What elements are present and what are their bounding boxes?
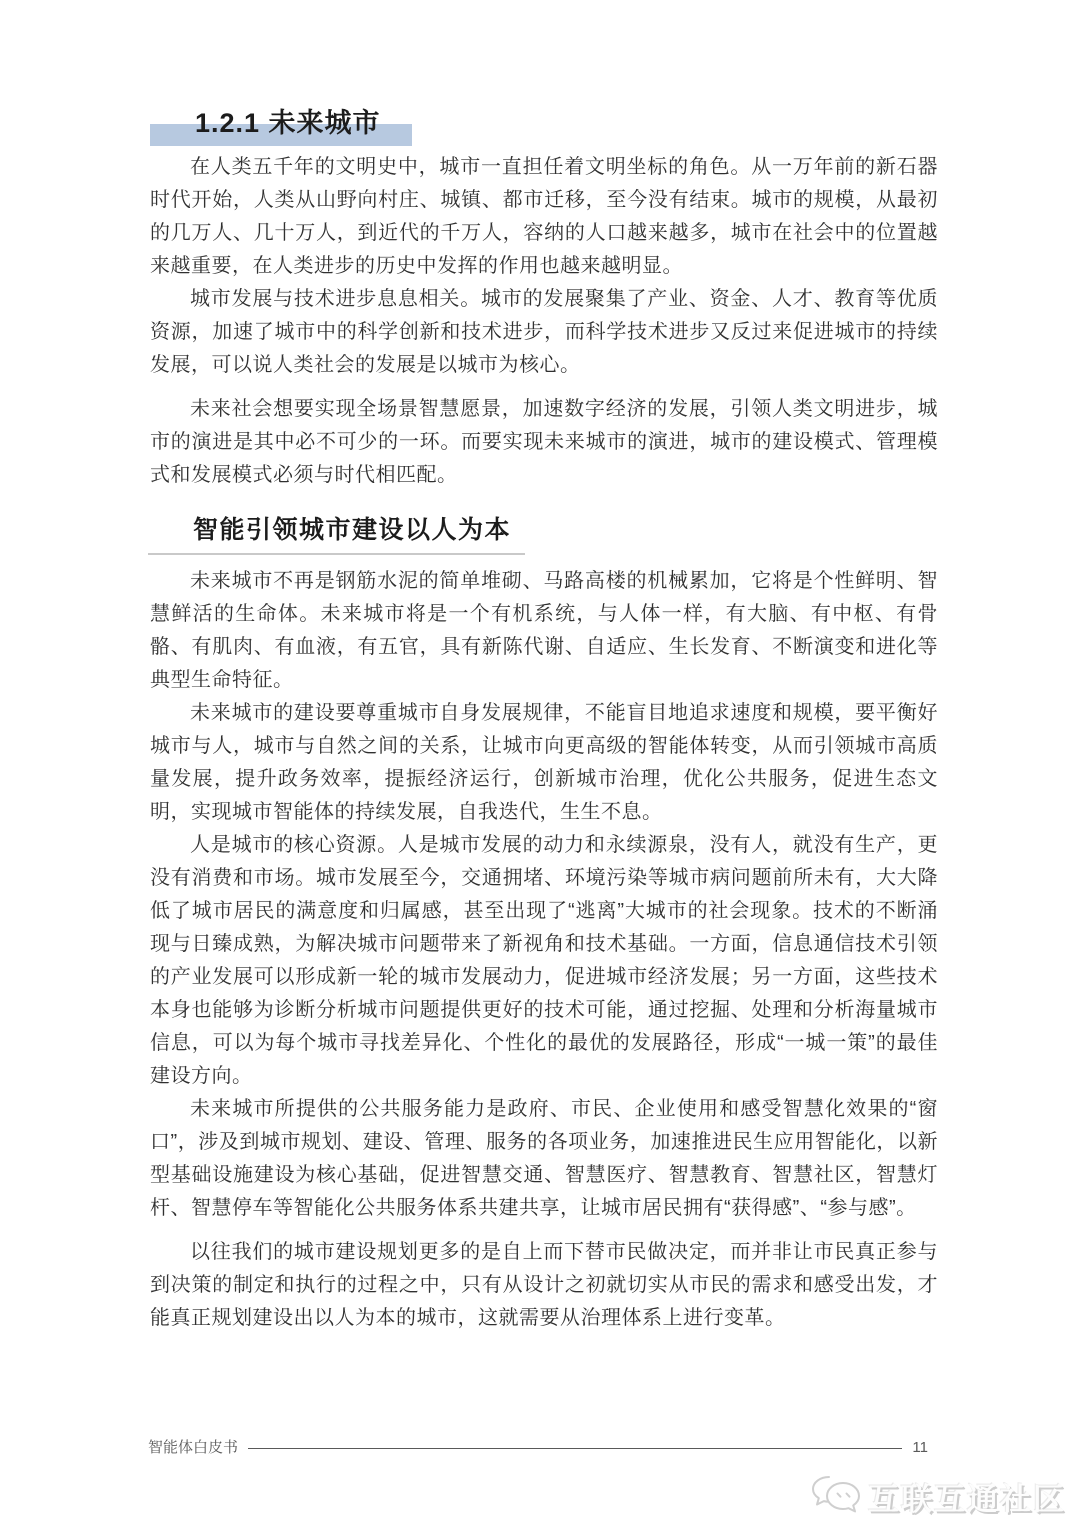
body-text-block: 未来城市不再是钢筋水泥的简单堆砌、马路高楼的机械累加，它将是个性鲜明、智慧鲜活的… <box>150 565 938 1335</box>
paragraph: 未来社会想要实现全场景智慧愿景，加速数字经济的发展，引领人类文明进步，城市的演进… <box>150 393 938 492</box>
page-footer: 智能体白皮书 11 <box>148 1438 928 1458</box>
watermark-label: 互联互通社区 <box>868 1474 1066 1519</box>
document-page: 1.2.1 未来城市 在人类五千年的文明史中，城市一直担任着文明坐标的角色。从一… <box>0 0 1080 1527</box>
footer-rule <box>248 1448 902 1449</box>
paragraph: 以往我们的城市建设规划更多的是自上而下替市民做决定，而并非让市民真正参与到决策的… <box>150 1236 938 1335</box>
paragraph: 未来城市的建设要尊重城市自身发展规律，不能盲目地追求速度和规模，要平衡好城市与人… <box>150 697 938 829</box>
section-heading: 1.2.1 未来城市 <box>150 108 938 148</box>
community-watermark: 互联互通社区 <box>810 1474 1066 1519</box>
paragraph: 在人类五千年的文明史中，城市一直担任着文明坐标的角色。从一万年前的新石器时代开始… <box>150 151 938 283</box>
paragraph: 城市发展与技术进步息息相关。城市的发展聚集了产业、资金、人才、教育等优质资源，加… <box>150 283 938 382</box>
paragraph: 未来城市所提供的公共服务能力是政府、市民、企业使用和感受智慧化效果的“窗口”，涉… <box>150 1093 938 1225</box>
paragraph: 人是城市的核心资源。人是城市发展的动力和永续源泉，没有人，就没有生产，更没有消费… <box>150 829 938 1093</box>
subsection-heading: 智能引领城市建设以人为本 <box>148 514 525 555</box>
intro-text-block: 在人类五千年的文明史中，城市一直担任着文明坐标的角色。从一万年前的新石器时代开始… <box>150 151 938 492</box>
section-heading-text: 1.2.1 未来城市 <box>195 108 938 138</box>
subsection-heading-text: 智能引领城市建设以人为本 <box>193 514 525 546</box>
chat-bubbles-icon <box>810 1474 862 1519</box>
page-number: 11 <box>912 1438 928 1458</box>
paragraph: 未来城市不再是钢筋水泥的简单堆砌、马路高楼的机械累加，它将是个性鲜明、智慧鲜活的… <box>150 565 938 697</box>
footer-doc-title: 智能体白皮书 <box>148 1438 238 1458</box>
